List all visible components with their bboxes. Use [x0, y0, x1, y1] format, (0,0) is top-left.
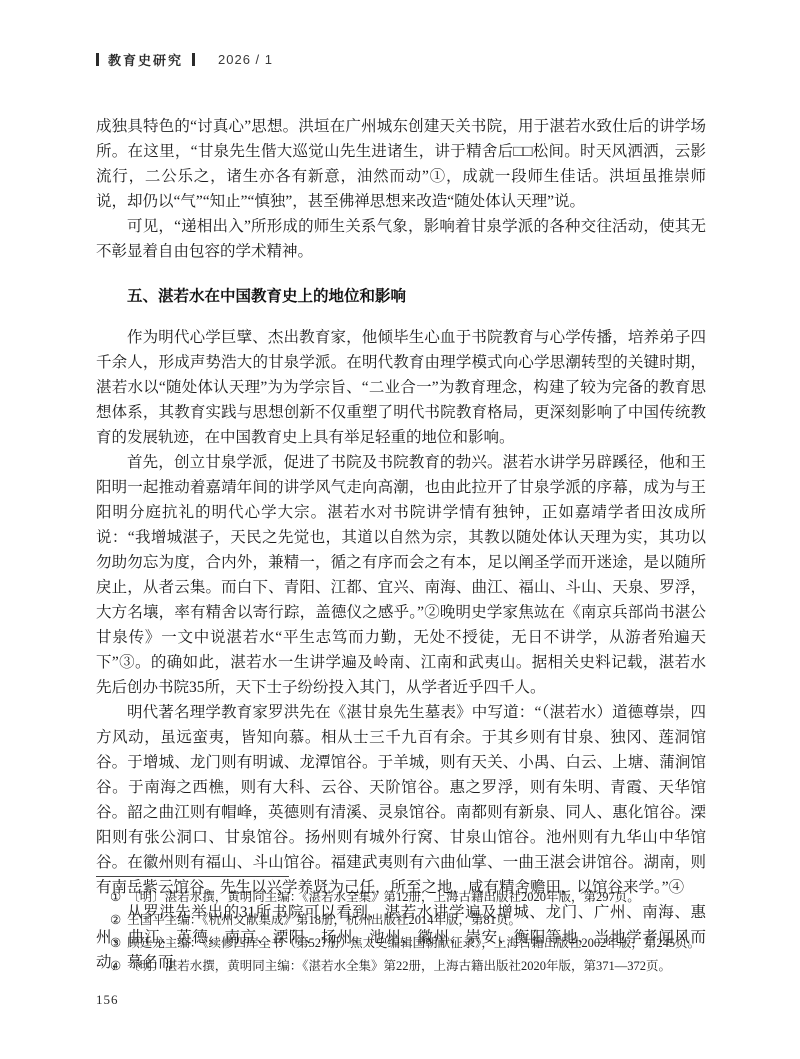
footnotes-section: ①〔明〕湛若水撰，黄明同主编：《湛若水全集》第12册，上海古籍出版社2020年版…	[96, 876, 708, 978]
page-number: 156	[96, 992, 119, 1008]
paragraph: 首先，创立甘泉学派，促进了书院及书院教育的勃兴。湛若水讲学另辟蹊径，他和王阳明一…	[96, 450, 706, 700]
footnote: ③顾廷龙主编：《续修四库全书（第527册）·焦太史编辑国朝献征录》，上海古籍出版…	[96, 932, 708, 955]
footnote-text: 王国平主编：《杭州文献集成》第18册，杭州出版社2014年版，第81页。	[127, 913, 521, 927]
footnote: ②王国平主编：《杭州文献集成》第18册，杭州出版社2014年版，第81页。	[96, 909, 708, 932]
issue-label: 2026 / 1	[218, 52, 273, 67]
journal-page: 教育史研究 2026 / 1 成独具特色的“讨真心”思想。洪垣在广州城东创建天关…	[0, 0, 800, 1059]
footnote-divider	[96, 876, 289, 877]
divider-bar-icon	[192, 53, 195, 66]
footnote-marker: ①	[110, 890, 121, 904]
footnote-marker: ④	[110, 959, 121, 973]
paragraph: 作为明代心学巨擘、杰出教育家，他倾毕生心血于书院教育与心学传播，培养弟子四千余人…	[96, 325, 706, 450]
paragraph: 明代著名理学教育家罗洪先在《湛甘泉先生墓表》中写道：“（湛若水）道德尊崇，四方风…	[96, 700, 706, 900]
paragraph-continuation: 成独具特色的“讨真心”思想。洪垣在广州城东创建天关书院，用于湛若水致仕后的讲学场…	[96, 114, 706, 214]
section-heading: 五、湛若水在中国教育史上的地位和影响	[96, 284, 706, 309]
footnote: ④〔明〕湛若水撰，黄明同主编：《湛若水全集》第22册，上海古籍出版社2020年版…	[96, 955, 708, 978]
footnote-text: 〔明〕湛若水撰，黄明同主编：《湛若水全集》第22册，上海古籍出版社2020年版，…	[127, 959, 671, 973]
footnote-marker: ②	[110, 913, 121, 927]
article-body: 成独具特色的“讨真心”思想。洪垣在广州城东创建天关书院，用于湛若水致仕后的讲学场…	[96, 114, 706, 975]
paragraph: 可见，“递相出入”所形成的师生关系气象，影响着甘泉学派的各种交往活动，使其无不彰…	[96, 214, 706, 264]
footnote: ①〔明〕湛若水撰，黄明同主编：《湛若水全集》第12册，上海古籍出版社2020年版…	[96, 886, 708, 909]
journal-title: 教育史研究	[108, 50, 183, 69]
running-head: 教育史研究 2026 / 1	[96, 50, 273, 69]
footnote-marker: ③	[110, 936, 121, 950]
divider-bar-icon	[96, 53, 99, 66]
footnote-text: 顾廷龙主编：《续修四库全书（第527册）·焦太史编辑国朝献征录》，上海古籍出版社…	[127, 936, 700, 950]
footnote-text: 〔明〕湛若水撰，黄明同主编：《湛若水全集》第12册，上海古籍出版社2020年版，…	[127, 890, 640, 904]
